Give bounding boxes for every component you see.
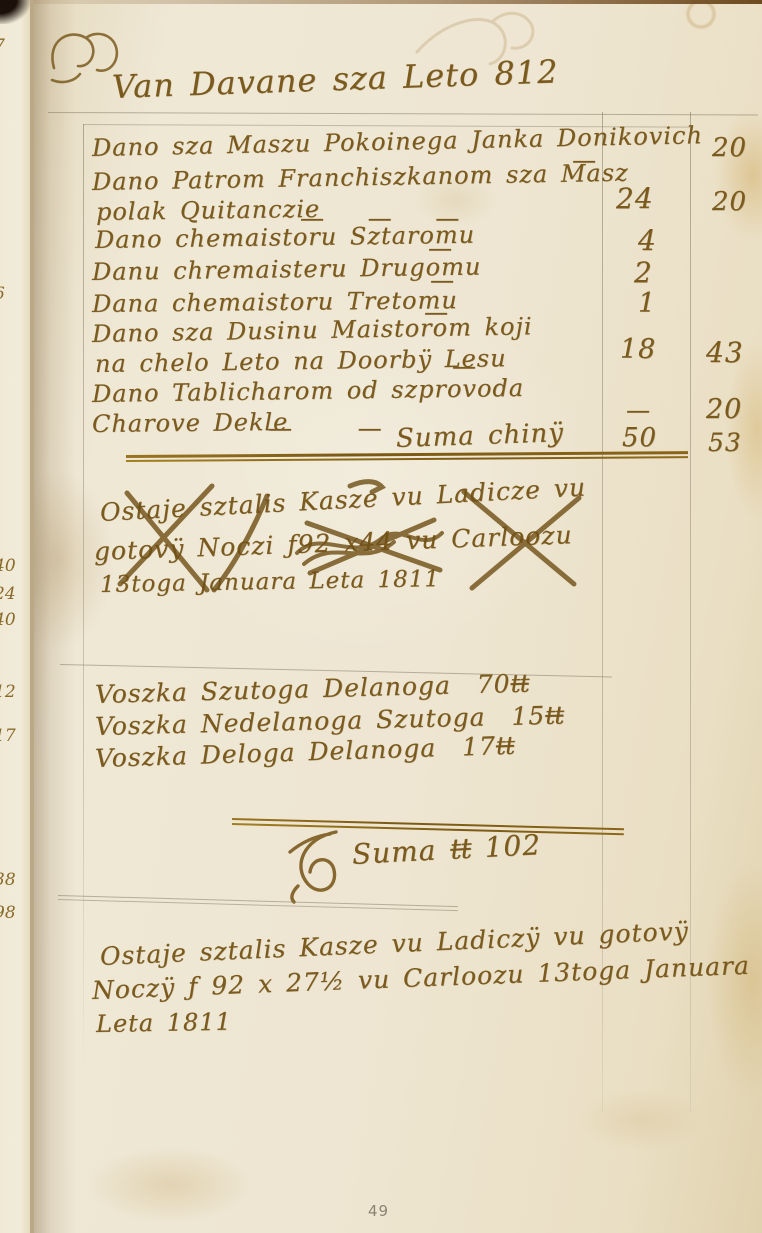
cancellation-strokes	[82, 478, 602, 608]
margin-number: 38	[0, 870, 16, 890]
sum-amount: 53	[708, 428, 742, 457]
margin-number: 98	[0, 903, 16, 923]
margin-number: 17	[0, 726, 16, 746]
margin-number: 12	[0, 682, 16, 702]
ledger-row-text: polak Quitanczie	[96, 195, 321, 226]
ledger-row-text: Dano Patrom Franchiszkanom sza Masz	[92, 159, 629, 196]
margin-number: 6	[0, 284, 5, 304]
ledger-amount: 18	[620, 334, 656, 365]
page-number: 49	[368, 1202, 389, 1220]
ledger-amount: 2	[634, 256, 653, 289]
closing-line: Leta 1811	[96, 1008, 232, 1038]
ledger-row-text: Danu chremaisteru Drugomu	[92, 253, 482, 286]
margin-number: 24	[0, 584, 16, 604]
ledger-row-text: Dano Tablicharom od szprovoda	[92, 374, 524, 408]
ledger-row-text: Dano chemaistoru Sztaromu	[95, 221, 475, 254]
pound-unit: tt	[495, 731, 514, 761]
ledger-row-text: Dano sza Maszu Pokoinega Janka Donikovic…	[92, 121, 703, 162]
sum-label: Suma chinÿ	[395, 418, 564, 454]
ledger-amount: 20	[712, 187, 747, 217]
wax-sum-value: 102	[484, 828, 542, 864]
ledger-amount: 20	[712, 133, 747, 163]
ledger-row-text: na chelo Leto na Doorbÿ Lesu	[95, 344, 507, 378]
ledger-amount: 43	[706, 336, 744, 369]
previous-page-edge: 7 6 40 24 40 12 17 38 98	[0, 0, 34, 1233]
book-top-edge	[34, 0, 762, 4]
margin-number: 40	[0, 556, 16, 576]
binding-corner	[0, 0, 30, 24]
margin-number: 40	[0, 610, 16, 630]
wax-amount: 70	[476, 669, 511, 699]
ledger-amount: 24	[616, 182, 654, 215]
ledger-row-text: Dano sza Dusinu Maistorom koji	[92, 312, 533, 348]
ledger-amount: 4	[638, 224, 657, 257]
rule-top	[48, 112, 758, 115]
ledger-row-text: Charove Dekle	[92, 408, 289, 438]
ledger-row-text: Dana chemaistoru Tretomu	[92, 286, 458, 318]
wax-amount: 15	[511, 701, 546, 731]
flourish-mark	[280, 826, 350, 904]
ledger-row-dash: — —	[268, 414, 383, 442]
sum-underline	[126, 451, 688, 462]
wax-amount: 17	[462, 731, 497, 761]
ledger-amount: —	[626, 396, 651, 424]
page-title: Van Davane sza Leto 812	[111, 52, 559, 106]
pound-unit: tt	[449, 832, 471, 866]
gutter-shadow	[30, 0, 76, 1233]
section-divider	[58, 895, 458, 907]
manuscript-page: 7 6 40 24 40 12 17 38 98 Van Davane sza …	[0, 0, 762, 1233]
wax-sum: Suma tt 102	[351, 828, 542, 871]
margin-number: 7	[0, 36, 5, 56]
sum-amount: 50	[622, 423, 657, 453]
pound-unit: tt	[510, 669, 529, 698]
ledger-amount: 1	[638, 288, 656, 319]
ledger-amount: 20	[706, 394, 742, 425]
pound-unit: tt	[545, 701, 564, 730]
